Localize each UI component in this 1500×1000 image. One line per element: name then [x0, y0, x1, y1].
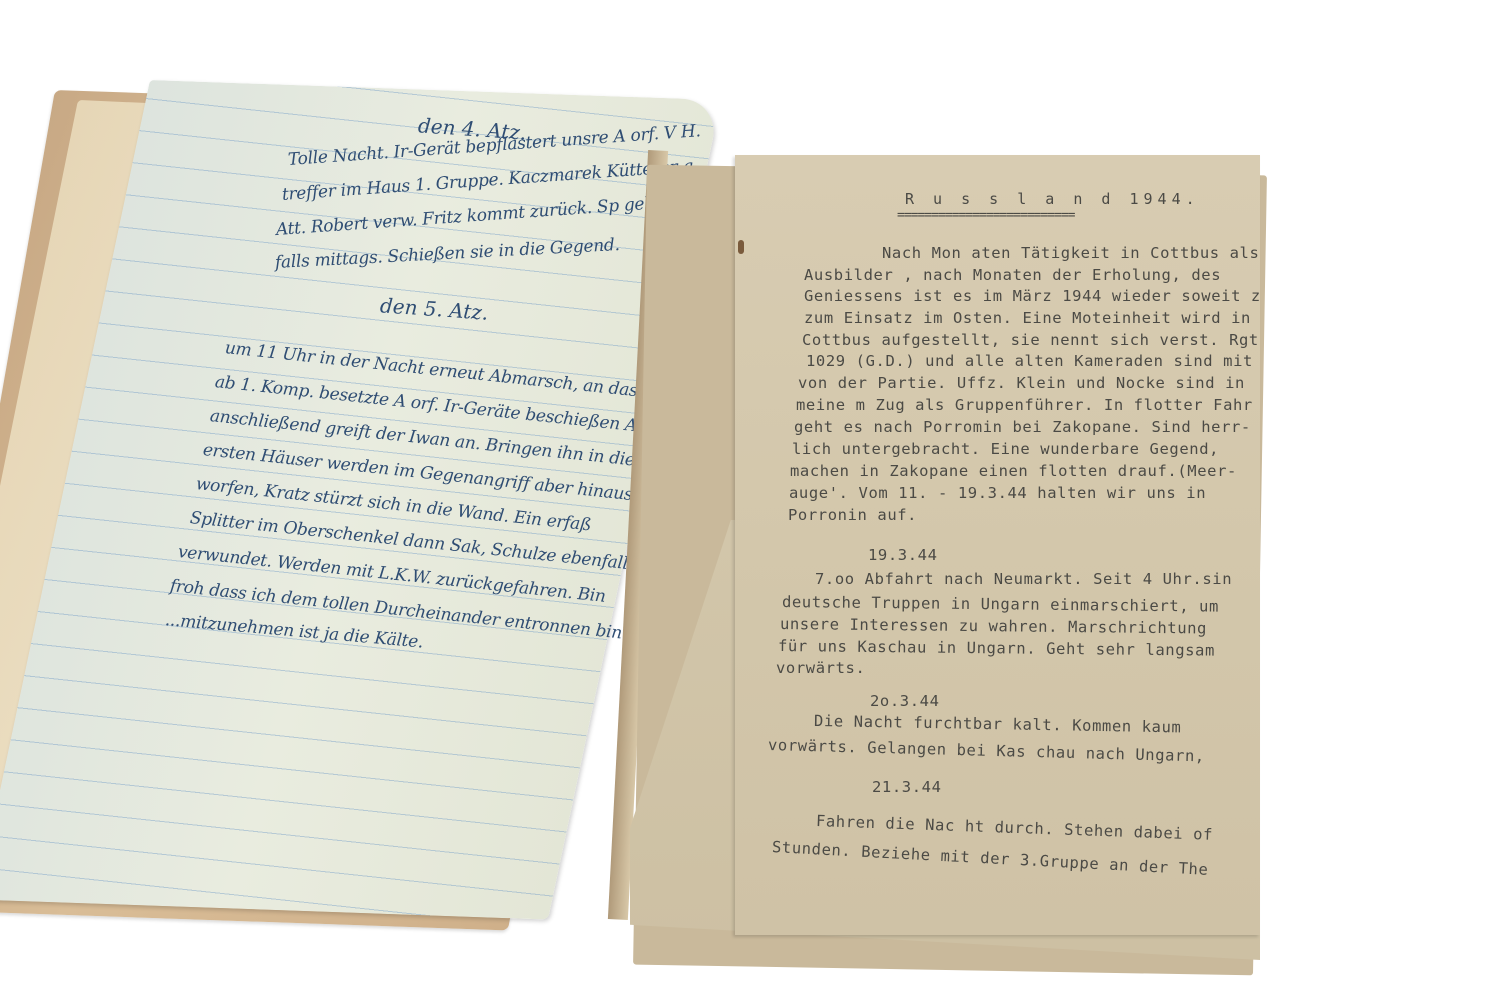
entry-date: 2o.3.44 — [870, 692, 940, 710]
typed-line: 7.oo Abfahrt nach Neumarkt. Seit 4 Uhr.s… — [815, 570, 1232, 588]
binding-hole — [738, 240, 744, 254]
diary-photo: gen Sch Ehre Ant gez den 4. Atz. Tolle N… — [0, 0, 1500, 1000]
typed-line: Geniessens ist es im März 1944 wieder so… — [804, 287, 1261, 305]
typed-line: Porronin auf. — [788, 506, 917, 524]
typed-line: Nach Mon aten Tätigkeit in Cottbus als — [882, 244, 1259, 262]
typed-line: Ausbilder , nach Monaten der Erholung, d… — [804, 266, 1221, 284]
title-underline: ========================== — [897, 208, 1075, 223]
typed-line: von der Partie. Uffz. Klein und Nocke si… — [798, 374, 1245, 392]
typed-line: auge'. Vom 11. - 19.3.44 halten wir uns … — [789, 484, 1206, 502]
page-title: R u s s l a n d 1944. — [905, 190, 1200, 208]
typed-line: zum Einsatz im Osten. Eine Moteinheit wi… — [804, 309, 1251, 327]
typed-line: machen in Zakopane einen flotten drauf.(… — [790, 462, 1237, 480]
typed-line: meine m Zug als Gruppenführer. In flotte… — [796, 396, 1253, 414]
entry-date: 19.3.44 — [868, 546, 938, 564]
entry-date: 21.3.44 — [872, 778, 942, 796]
typed-line: vorwärts. — [776, 659, 865, 677]
typed-line: Cottbus aufgestellt, sie nennt sich vers… — [802, 331, 1259, 349]
typed-line: lich untergebracht. Eine wunderbare Gege… — [792, 440, 1219, 458]
typed-line: 1029 (G.D.) und alle alten Kameraden sin… — [806, 352, 1253, 370]
typed-line: geht es nach Porromin bei Zakopane. Sind… — [794, 418, 1251, 436]
